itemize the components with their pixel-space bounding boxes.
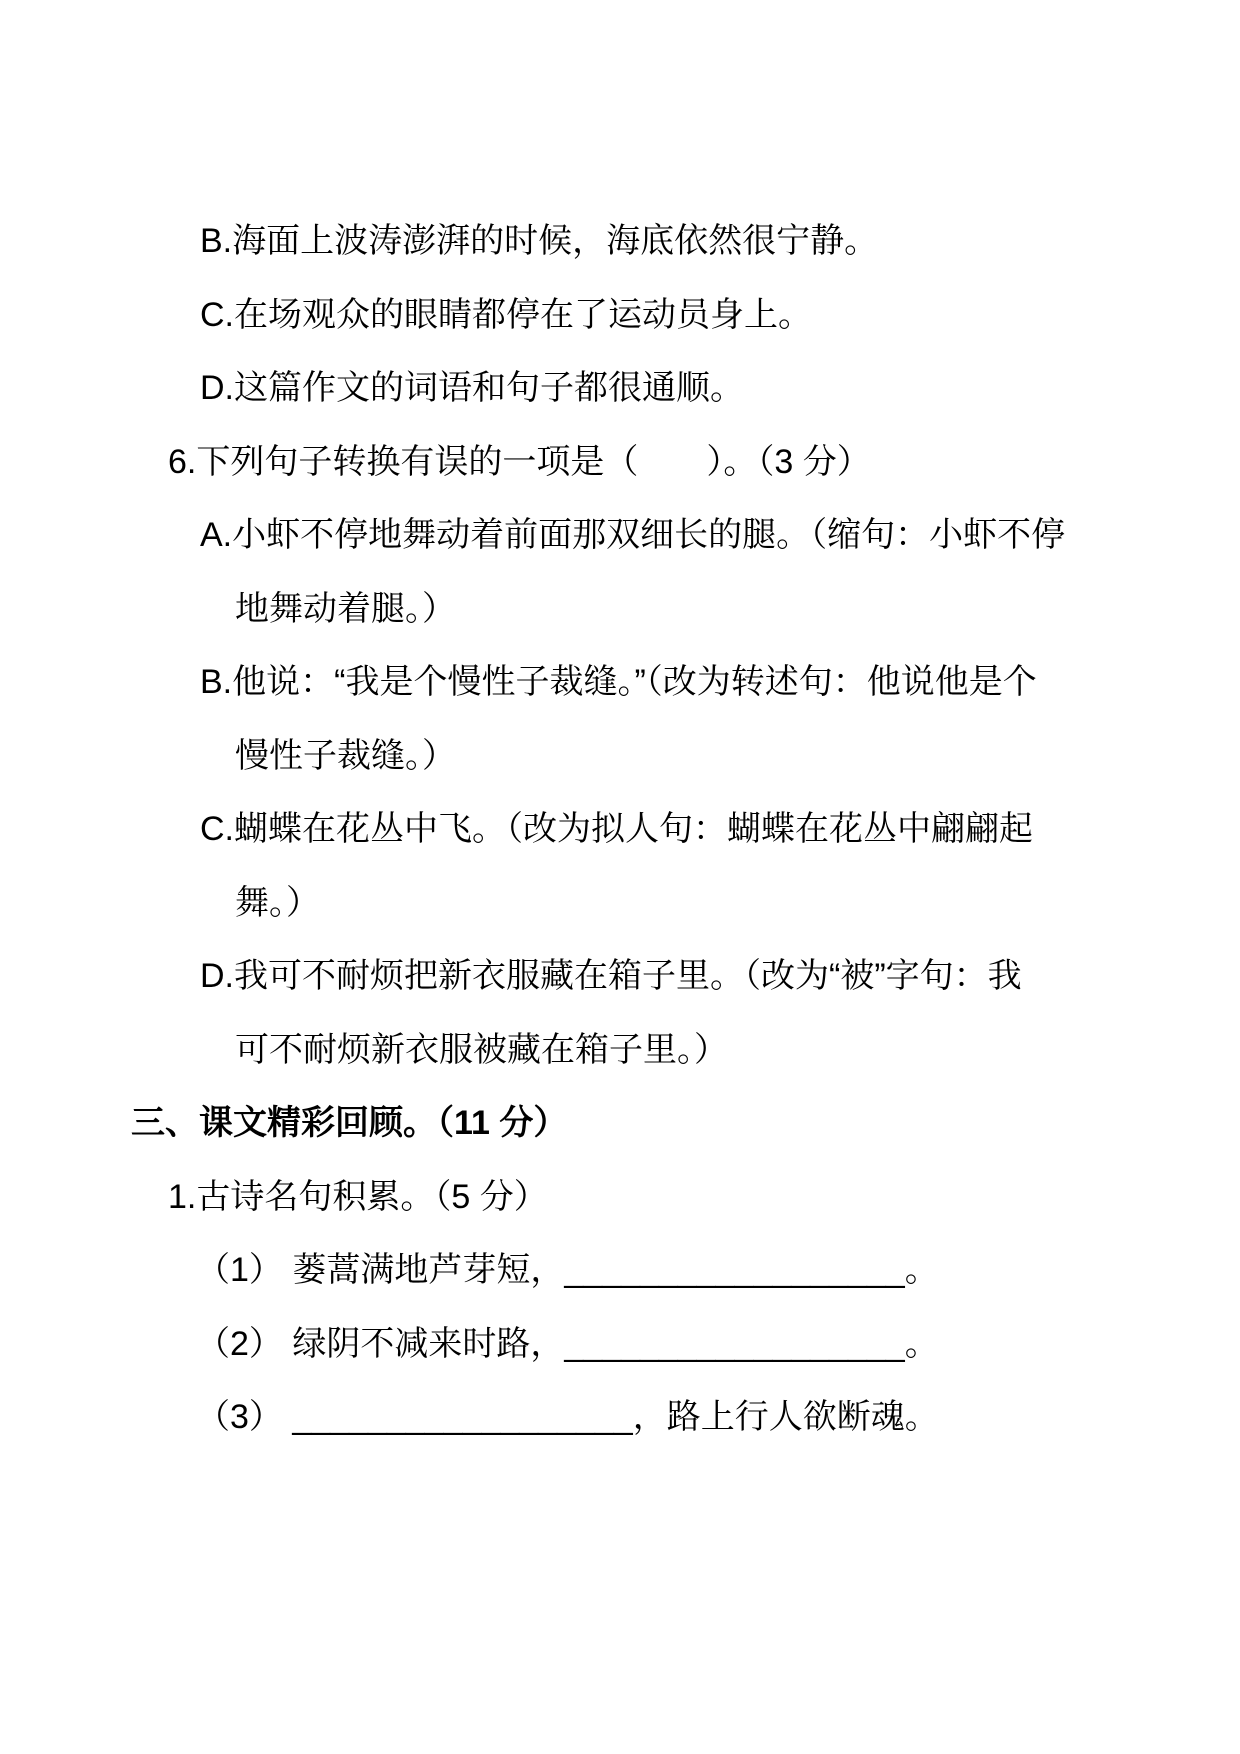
section-3-heading: 三、课文精彩回顾。（11 分）: [131, 1087, 1240, 1161]
poem-blank-1: （1） 蒌蒿满地芦芽短，__________________。: [196, 1234, 1240, 1308]
q6-option-d-cont: 可不耐烦新衣服被藏在箱子里。）: [235, 1014, 1240, 1088]
q6-option-b: B.他说：“我是个慢性子裁缝。”（改为转述句：他说他是个: [200, 646, 1240, 720]
poem-blank-2: （2） 绿阴不减来时路，__________________。: [196, 1308, 1240, 1382]
option-c: C.在场观众的眼睛都停在了运动员身上。: [200, 279, 1240, 353]
option-b: B.海面上波涛澎湃的时候，海底依然很宁静。: [200, 205, 1240, 279]
option-d: D.这篇作文的词语和句子都很通顺。: [200, 352, 1240, 426]
q6-option-c: C.蝴蝶在花丛中飞。（改为拟人句：蝴蝶在花丛中翩翩起: [200, 793, 1240, 867]
question-6: 6.下列句子转换有误的一项是（ ）。（3 分）: [168, 426, 1240, 500]
q6-option-a-cont: 地舞动着腿。）: [235, 573, 1240, 647]
q6-option-d: D.我可不耐烦把新衣服藏在箱子里。（改为“被”字句：我: [200, 940, 1240, 1014]
q6-option-c-cont: 舞。）: [235, 867, 1240, 941]
q6-option-a: A.小虾不停地舞动着前面那双细长的腿。（缩句：小虾不停: [200, 499, 1240, 573]
question-1-poems: 1.古诗名句积累。（5 分）: [168, 1161, 1240, 1235]
q6-option-b-cont: 慢性子裁缝。）: [235, 720, 1240, 794]
test-paper-page: B.海面上波涛澎湃的时候，海底依然很宁静。 C.在场观众的眼睛都停在了运动员身上…: [0, 0, 1240, 1455]
poem-blank-3: （3） __________________，路上行人欲断魂。: [196, 1381, 1240, 1455]
